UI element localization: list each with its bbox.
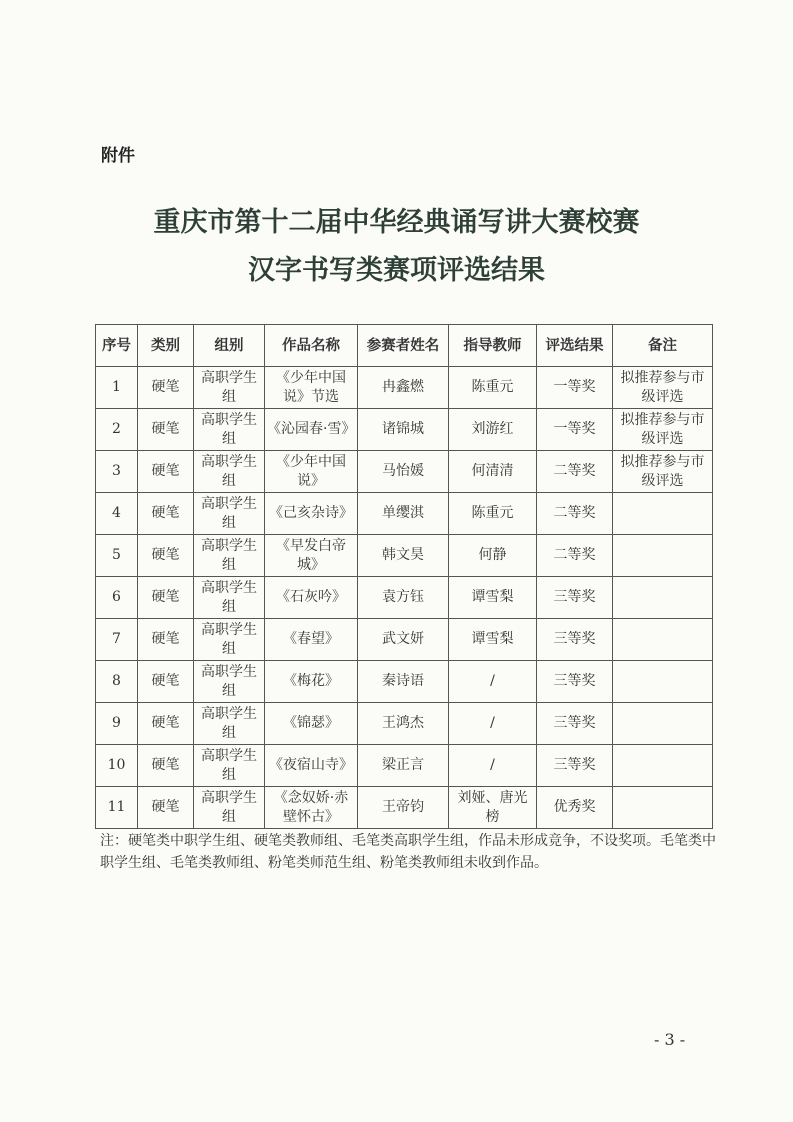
header-no: 序号 — [96, 325, 138, 367]
table-row: 6硬笔高职学生组《石灰吟》袁方钰谭雪梨三等奖 — [96, 577, 713, 619]
footnote: 注：硬笔类中职学生组、硬笔类教师组、毛笔类高职学生组，作品未形成竞争，不设奖项。… — [100, 830, 720, 874]
cell-participant: 武文妍 — [358, 619, 449, 661]
cell-category: 硬笔 — [138, 745, 194, 787]
attachment-label: 附件 — [101, 141, 135, 166]
cell-teacher: / — [449, 661, 537, 703]
cell-result: 优秀奖 — [537, 787, 613, 829]
table-row: 3硬笔高职学生组《少年中国说》马怡媛何清清二等奖拟推荐参与市级评选 — [96, 451, 713, 493]
cell-category: 硬笔 — [138, 535, 194, 577]
cell-remark — [613, 703, 713, 745]
cell-group: 高职学生组 — [194, 493, 265, 535]
cell-group: 高职学生组 — [194, 787, 265, 829]
cell-work: 《己亥杂诗》 — [265, 493, 358, 535]
cell-teacher: / — [449, 703, 537, 745]
cell-teacher: 陈重元 — [449, 367, 537, 409]
cell-group: 高职学生组 — [194, 745, 265, 787]
cell-teacher: 谭雪梨 — [449, 619, 537, 661]
cell-teacher: 陈重元 — [449, 493, 537, 535]
header-result: 评选结果 — [537, 325, 613, 367]
cell-remark — [613, 619, 713, 661]
cell-remark — [613, 787, 713, 829]
cell-no: 2 — [96, 409, 138, 451]
cell-category: 硬笔 — [138, 367, 194, 409]
cell-group: 高职学生组 — [194, 367, 265, 409]
header-teacher: 指导教师 — [449, 325, 537, 367]
table-row: 1硬笔高职学生组《少年中国说》节选冉鑫燃陈重元一等奖拟推荐参与市级评选 — [96, 367, 713, 409]
cell-teacher: 谭雪梨 — [449, 577, 537, 619]
results-table: 序号 类别 组别 作品名称 参赛者姓名 指导教师 评选结果 备注 1硬笔高职学生… — [95, 324, 713, 829]
cell-participant: 王帝钧 — [358, 787, 449, 829]
cell-remark: 拟推荐参与市级评选 — [613, 451, 713, 493]
cell-no: 11 — [96, 787, 138, 829]
table-row: 2硬笔高职学生组《沁园春·雪》诸锦城刘游红一等奖拟推荐参与市级评选 — [96, 409, 713, 451]
cell-no: 9 — [96, 703, 138, 745]
cell-work: 《夜宿山寺》 — [265, 745, 358, 787]
cell-no: 4 — [96, 493, 138, 535]
cell-work: 《念奴娇·赤壁怀古》 — [265, 787, 358, 829]
document-title-line1: 重庆市第十二届中华经典诵写讲大赛校赛 — [0, 200, 793, 239]
table-row: 8硬笔高职学生组《梅花》秦诗语/三等奖 — [96, 661, 713, 703]
cell-work: 《沁园春·雪》 — [265, 409, 358, 451]
cell-result: 二等奖 — [537, 493, 613, 535]
header-category: 类别 — [138, 325, 194, 367]
cell-result: 二等奖 — [537, 535, 613, 577]
cell-participant: 秦诗语 — [358, 661, 449, 703]
cell-group: 高职学生组 — [194, 661, 265, 703]
cell-participant: 王鸿杰 — [358, 703, 449, 745]
cell-participant: 梁正言 — [358, 745, 449, 787]
cell-remark — [613, 535, 713, 577]
cell-remark: 拟推荐参与市级评选 — [613, 367, 713, 409]
cell-remark — [613, 745, 713, 787]
cell-no: 6 — [96, 577, 138, 619]
cell-category: 硬笔 — [138, 451, 194, 493]
cell-category: 硬笔 — [138, 703, 194, 745]
cell-result: 三等奖 — [537, 661, 613, 703]
cell-participant: 袁方钰 — [358, 577, 449, 619]
cell-participant: 马怡媛 — [358, 451, 449, 493]
cell-group: 高职学生组 — [194, 577, 265, 619]
cell-teacher: 刘游红 — [449, 409, 537, 451]
cell-no: 7 — [96, 619, 138, 661]
cell-no: 1 — [96, 367, 138, 409]
cell-category: 硬笔 — [138, 787, 194, 829]
cell-remark — [613, 661, 713, 703]
cell-category: 硬笔 — [138, 493, 194, 535]
header-group: 组别 — [194, 325, 265, 367]
cell-remark: 拟推荐参与市级评选 — [613, 409, 713, 451]
cell-work: 《锦瑟》 — [265, 703, 358, 745]
table-row: 11硬笔高职学生组《念奴娇·赤壁怀古》王帝钧刘娅、唐光榜优秀奖 — [96, 787, 713, 829]
table-header-row: 序号 类别 组别 作品名称 参赛者姓名 指导教师 评选结果 备注 — [96, 325, 713, 367]
cell-teacher: 刘娅、唐光榜 — [449, 787, 537, 829]
document-title-line2: 汉字书写类赛项评选结果 — [0, 248, 793, 287]
cell-work: 《石灰吟》 — [265, 577, 358, 619]
cell-no: 5 — [96, 535, 138, 577]
table-row: 5硬笔高职学生组《早发白帝城》韩文昊何静二等奖 — [96, 535, 713, 577]
cell-result: 三等奖 — [537, 577, 613, 619]
cell-work: 《少年中国说》 — [265, 451, 358, 493]
cell-result: 一等奖 — [537, 409, 613, 451]
header-remark: 备注 — [613, 325, 713, 367]
cell-participant: 韩文昊 — [358, 535, 449, 577]
cell-teacher: 何静 — [449, 535, 537, 577]
table-row: 7硬笔高职学生组《春望》武文妍谭雪梨三等奖 — [96, 619, 713, 661]
table-row: 9硬笔高职学生组《锦瑟》王鸿杰/三等奖 — [96, 703, 713, 745]
cell-group: 高职学生组 — [194, 619, 265, 661]
cell-result: 一等奖 — [537, 367, 613, 409]
cell-participant: 诸锦城 — [358, 409, 449, 451]
cell-participant: 单缨淇 — [358, 493, 449, 535]
header-participant: 参赛者姓名 — [358, 325, 449, 367]
cell-result: 二等奖 — [537, 451, 613, 493]
cell-work: 《早发白帝城》 — [265, 535, 358, 577]
page-number: - 3 - — [654, 1030, 685, 1049]
cell-participant: 冉鑫燃 — [358, 367, 449, 409]
cell-no: 8 — [96, 661, 138, 703]
cell-result: 三等奖 — [537, 703, 613, 745]
cell-result: 三等奖 — [537, 619, 613, 661]
header-work: 作品名称 — [265, 325, 358, 367]
cell-group: 高职学生组 — [194, 535, 265, 577]
cell-category: 硬笔 — [138, 619, 194, 661]
cell-no: 10 — [96, 745, 138, 787]
table-row: 4硬笔高职学生组《己亥杂诗》单缨淇陈重元二等奖 — [96, 493, 713, 535]
cell-group: 高职学生组 — [194, 703, 265, 745]
cell-group: 高职学生组 — [194, 451, 265, 493]
cell-remark — [613, 493, 713, 535]
cell-category: 硬笔 — [138, 577, 194, 619]
cell-category: 硬笔 — [138, 409, 194, 451]
cell-work: 《春望》 — [265, 619, 358, 661]
cell-teacher: / — [449, 745, 537, 787]
cell-teacher: 何清清 — [449, 451, 537, 493]
cell-no: 3 — [96, 451, 138, 493]
cell-category: 硬笔 — [138, 661, 194, 703]
cell-result: 三等奖 — [537, 745, 613, 787]
cell-work: 《梅花》 — [265, 661, 358, 703]
cell-remark — [613, 577, 713, 619]
cell-group: 高职学生组 — [194, 409, 265, 451]
cell-work: 《少年中国说》节选 — [265, 367, 358, 409]
table-row: 10硬笔高职学生组《夜宿山寺》梁正言/三等奖 — [96, 745, 713, 787]
